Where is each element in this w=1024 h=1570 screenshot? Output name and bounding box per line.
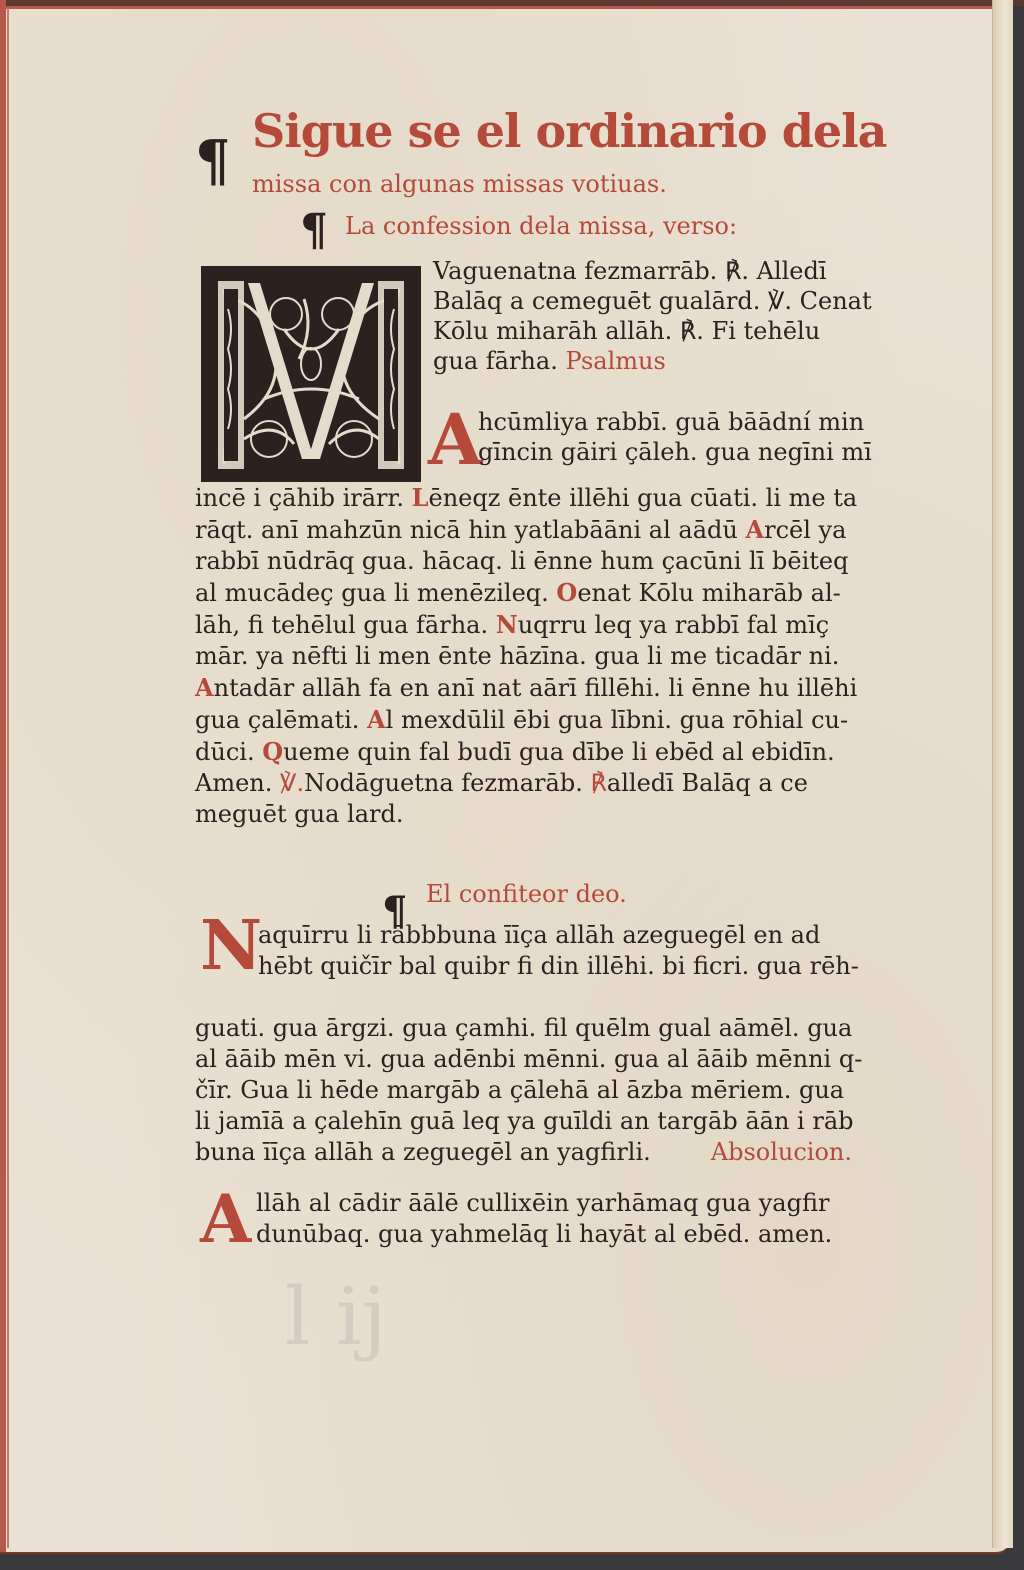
text-line: gīncin gāiri çāleh. gua negīni mī	[478, 437, 872, 467]
section-heading-confession: La confession dela missa, verso:	[345, 212, 737, 240]
initial-a-red-large: A	[200, 1180, 251, 1258]
response-mark: ℟	[590, 769, 606, 797]
text-line: Balāq a cemeguēt gualārd. ℣. Cenat	[433, 286, 872, 316]
bleed-through-folio: l ij	[285, 1270, 386, 1363]
woodcut-initial-m	[201, 266, 421, 482]
text-block-versicles: Vaguenatna fezmarrāb. ℟. Alledī Balāq a …	[433, 256, 872, 376]
text-line: aquīrru li rābbbuna īīça allāh azeguegēl…	[258, 920, 859, 951]
page-red-edge-top	[0, 6, 1000, 9]
page-binding-edge	[992, 0, 1013, 1548]
book-page: l ij ¶ Sigue se el ordinario dela missa …	[0, 0, 1010, 1554]
confiteor-opening: aquīrru li rābbbuna īīça allāh azeguegēl…	[258, 920, 859, 982]
text-line: gua fārha. Psalmus	[433, 346, 872, 376]
text-line: guati. gua ārgzi. gua çamhi. fil quēlm g…	[195, 1013, 862, 1044]
page-title: Sigue se el ordinario dela	[252, 104, 886, 158]
pilcrow-icon: ¶	[300, 205, 328, 256]
page-subtitle: missa con algunas missas votiuas.	[252, 170, 667, 198]
page-red-edge-left	[0, 0, 6, 1552]
text-line: meguēt gua lard.	[195, 799, 857, 830]
initial-a-red-inline: A	[746, 515, 765, 544]
decorated-initial-icon	[204, 269, 418, 479]
initial-l-red: L	[412, 483, 429, 512]
text-line: al mucādeç gua li menēzileq. Oenat Kōlu …	[195, 577, 857, 609]
versicle-mark: ℣.	[280, 769, 304, 797]
text-line: buna īīça allāh a zeguegēl an yagfirli.A…	[195, 1137, 862, 1168]
text-line: al āāib mēn vi. gua adēnbi mēnni. gua al…	[195, 1044, 862, 1075]
pilcrow-icon: ¶	[195, 128, 231, 194]
initial-q-red: Q	[262, 737, 283, 766]
page-red-edge-inner	[7, 8, 9, 1548]
text-line: Amen. ℣.Nodāguetna fezmarāb. ℟alledī Bal…	[195, 768, 857, 799]
confiteor-body: guati. gua ārgzi. gua çamhi. fil quēlm g…	[195, 1013, 862, 1168]
text-line: dūci. Queme quin fal budī gua dībe li eb…	[195, 736, 857, 768]
text-line: rāqt. anī mahzūn nicā hin yatlabāāni al …	[195, 514, 857, 546]
psalmus-label: Psalmus	[565, 347, 665, 375]
psalm-body: incē i çāhib irārr. Lēneqz ēnte illēhi g…	[195, 482, 857, 830]
text-line: llāh al cādir āālē cullixēin yarhāmaq gu…	[256, 1188, 832, 1219]
section-heading-confiteor: El confiteor deo.	[426, 880, 627, 908]
initial-a-red-inline: A	[367, 705, 386, 734]
text-line: gua çalēmati. Al mexdūlil ēbi gua lībni.…	[195, 704, 857, 736]
initial-n-red: N	[496, 610, 518, 639]
initial-a-red: A	[428, 398, 482, 481]
initial-o-red: O	[556, 578, 577, 607]
text-line: čīr. Gua li hēde margāb a çālehā al āzba…	[195, 1075, 862, 1106]
initial-n-red-large: N	[200, 906, 262, 986]
text-line: Antadār allāh fa en anī nat aārī fillēhi…	[195, 672, 857, 704]
text-line: mār. ya nēfti li men ēnte hāzīna. gua li…	[195, 641, 857, 672]
text-line: li jamīā a çalehīn guā leq ya guīldi an …	[195, 1106, 862, 1137]
text-line: rabbī nūdrāq gua. hācaq. li ēnne hum çac…	[195, 546, 857, 577]
psalm-opening: hcūmliya rabbī. guā bāādní min gīncin gā…	[478, 407, 872, 467]
text-line: Vaguenatna fezmarrāb. ℟. Alledī	[433, 256, 872, 286]
text-line: hcūmliya rabbī. guā bāādní min	[478, 407, 872, 437]
text-line: incē i çāhib irārr. Lēneqz ēnte illēhi g…	[195, 482, 857, 514]
absolution-text: llāh al cādir āālē cullixēin yarhāmaq gu…	[256, 1188, 832, 1250]
text-line: lāh, fi tehēlul gua fārha. Nuqrru leq ya…	[195, 609, 857, 641]
initial-a-red-inline: A	[195, 673, 214, 702]
absolucion-label: Absolucion.	[711, 1138, 852, 1166]
text-line: Kōlu miharāh allāh. ℟. Fi tehēlu	[433, 316, 872, 346]
text-line: dunūbaq. gua yahmelāq li hayāt al ebēd. …	[256, 1219, 832, 1250]
text-line: hēbt quičīr bal quibr fi din illēhi. bi …	[258, 951, 859, 982]
